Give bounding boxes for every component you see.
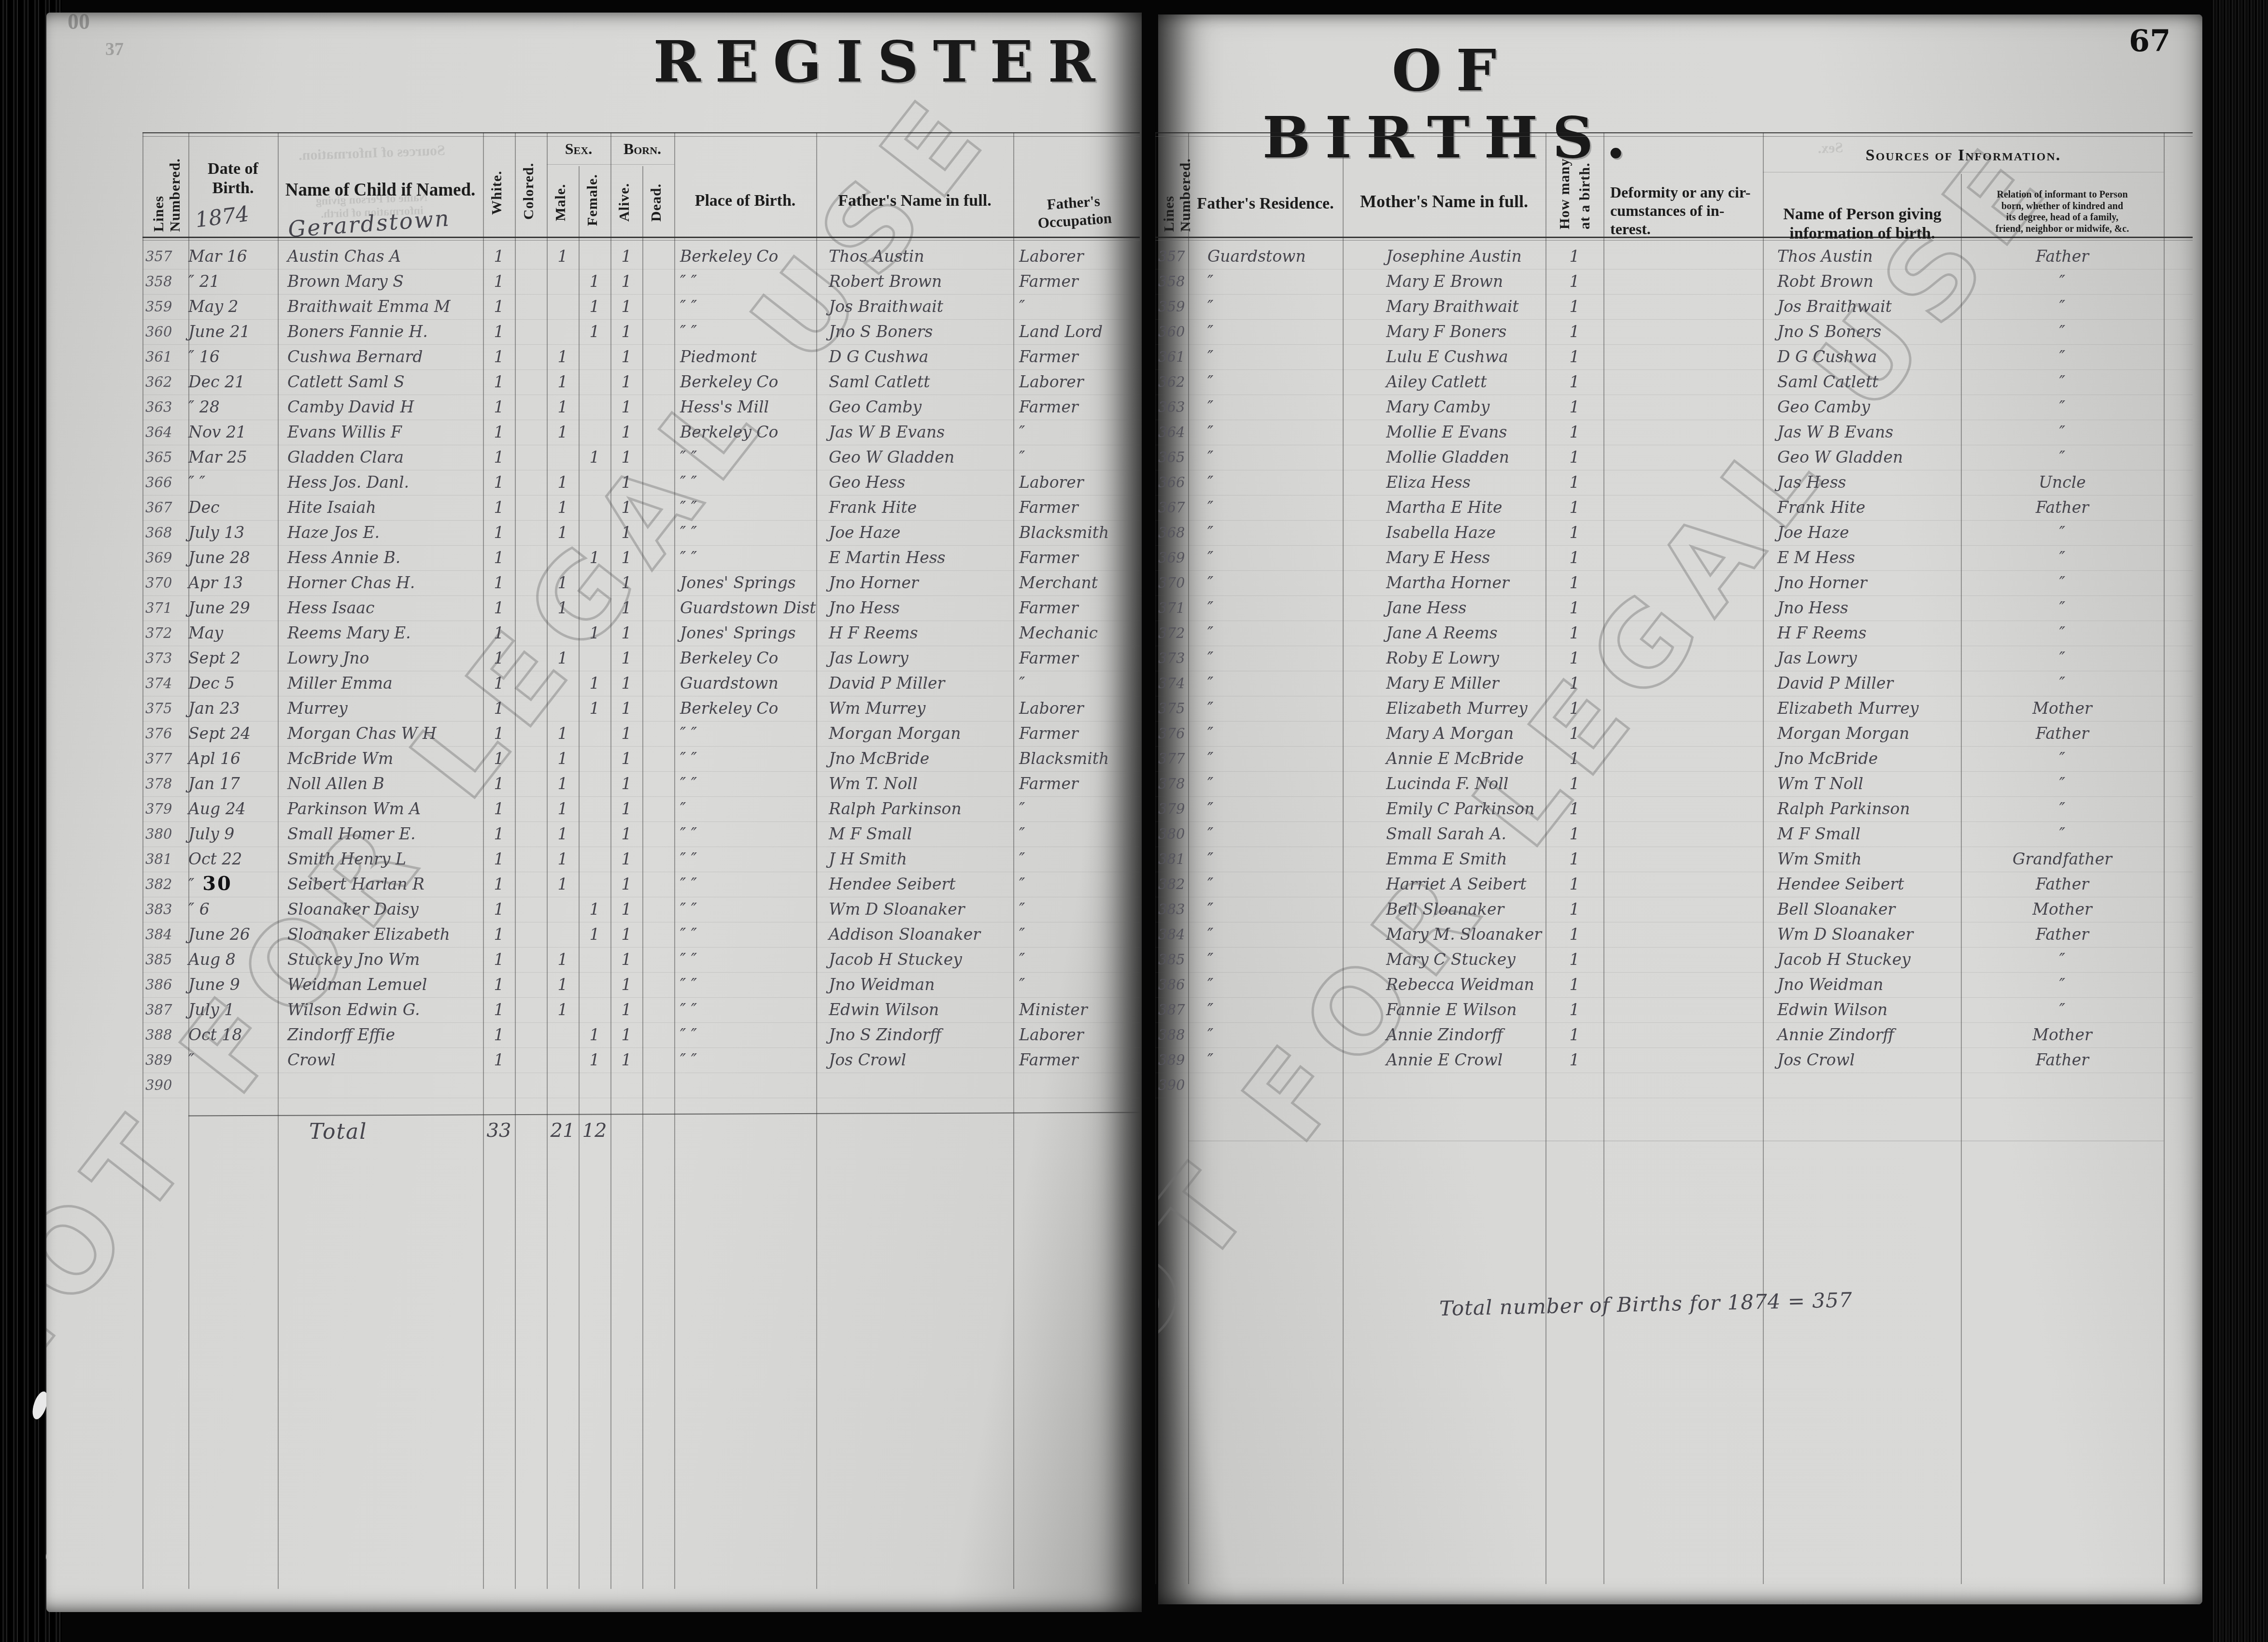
child-name: Catlett Saml S — [278, 370, 483, 394]
male-tally: 1 — [547, 998, 579, 1022]
female-tally: 1 — [579, 696, 610, 721]
informant-name: Geo Camby — [1763, 395, 1961, 419]
birth-row-right: 357GuardstownJosephine Austin1Thos Austi… — [1155, 244, 2193, 269]
place-of-birth: ″ ″ — [674, 445, 816, 469]
father-name: Jno S Boners — [816, 320, 1013, 344]
child-name: Sloanaker Elizabeth — [278, 922, 483, 947]
place-of-birth: ″ ″ — [674, 847, 816, 871]
father-name: D G Cushwa — [816, 345, 1013, 369]
birth-row-right: 385″Mary C Stuckey1Jacob H Stuckey″ — [1155, 947, 2193, 973]
white-tally: 1 — [483, 747, 515, 771]
father-occupation: Merchant — [1013, 571, 1140, 595]
child-name: Smith Henry L — [278, 847, 483, 871]
line-number: 367 — [142, 495, 188, 520]
birth-row-left: 372MayReems Mary E.111Jones' SpringsH F … — [142, 621, 1140, 646]
father-name: Thos Austin — [816, 244, 1013, 269]
father-residence: ″ — [1188, 897, 1343, 921]
line-number: 359 — [1155, 295, 1188, 319]
father-occupation: ″ — [1013, 445, 1140, 469]
birth-row-right: 377″Annie E McBride1Jno McBride″ — [1155, 746, 2193, 772]
line-number: 362 — [1155, 370, 1188, 394]
alive-tally: 1 — [610, 320, 642, 344]
alive-tally: 1 — [610, 571, 642, 595]
white-tally: 1 — [483, 596, 515, 620]
line-number: 374 — [142, 671, 188, 695]
father-name: H F Reems — [816, 621, 1013, 645]
line-number: 375 — [1155, 696, 1188, 721]
father-name: M F Small — [816, 822, 1013, 846]
informant-relation: ″ — [1961, 546, 2164, 570]
informant-name: Annie Zindorff — [1763, 1023, 1961, 1047]
line-number: 377 — [142, 747, 188, 771]
place-of-birth: ″ ″ — [674, 897, 816, 921]
birth-row-right: 358″Mary E Brown1Robt Brown″ — [1155, 269, 2193, 295]
father-residence: ″ — [1188, 295, 1343, 319]
line-number: 380 — [142, 822, 188, 846]
how-many-at-birth: 1 — [1545, 772, 1603, 796]
child-name: Parkinson Wm A — [278, 797, 483, 821]
informant-name: M F Small — [1763, 822, 1961, 846]
informant-name: Robt Brown — [1763, 269, 1961, 294]
father-name: Wm D Sloanaker — [816, 897, 1013, 921]
father-residence: ″ — [1188, 345, 1343, 369]
line-number: 372 — [1155, 621, 1188, 645]
how-many-at-birth: 1 — [1545, 822, 1603, 846]
line-number: 389 — [1155, 1048, 1188, 1072]
father-residence: ″ — [1188, 420, 1343, 444]
father-residence: ″ — [1188, 998, 1343, 1022]
col-header-dead: Dead. — [648, 172, 665, 233]
line-number: 387 — [1155, 998, 1188, 1022]
male-tally: 1 — [547, 420, 579, 444]
female-tally: 1 — [579, 922, 610, 947]
white-tally: 1 — [483, 922, 515, 947]
father-occupation: Farmer — [1013, 646, 1140, 670]
informant-relation: ″ — [1961, 295, 2164, 319]
father-name: E Martin Hess — [816, 546, 1013, 570]
place-of-birth: ″ — [674, 797, 816, 821]
how-many-at-birth: 1 — [1545, 571, 1603, 595]
line-number: 371 — [142, 596, 188, 620]
father-occupation: ″ — [1013, 897, 1140, 921]
informant-relation: ″ — [1961, 571, 2164, 595]
child-name: Austin Chas A — [278, 244, 483, 269]
white-tally: 1 — [483, 1023, 515, 1047]
birth-row-right: 367″Martha E Hite1Frank HiteFather — [1155, 495, 2193, 521]
alive-tally: 1 — [610, 872, 642, 896]
male-tally: 1 — [547, 244, 579, 269]
female-tally: 1 — [579, 295, 610, 319]
birth-row-right: 368″Isabella Haze1Joe Haze″ — [1155, 520, 2193, 546]
mother-name: Mollie Gladden — [1343, 445, 1545, 469]
alive-tally: 1 — [610, 345, 642, 369]
place-of-birth: ″ ″ — [674, 521, 816, 545]
child-name: Horner Chas H. — [278, 571, 483, 595]
father-residence: ″ — [1188, 596, 1343, 620]
mother-name: Small Sarah A. — [1343, 822, 1545, 846]
line-number: 371 — [1155, 596, 1188, 620]
child-name: Camby David H — [278, 395, 483, 419]
date-of-birth: Mar 25 — [188, 445, 278, 469]
birth-row-left: 388Oct 18Zindorff Effie111″ ″Jno S Zindo… — [142, 1022, 1140, 1048]
informant-relation: ″ — [1961, 822, 2164, 846]
birth-row-left: 361″ 16Cushwa Bernard111PiedmontD G Cush… — [142, 344, 1140, 370]
how-many-at-birth: 1 — [1545, 797, 1603, 821]
father-residence: ″ — [1188, 521, 1343, 545]
father-residence: ″ — [1188, 395, 1343, 419]
father-residence: ″ — [1188, 948, 1343, 972]
alive-tally: 1 — [610, 646, 642, 670]
line-number: 361 — [1155, 345, 1188, 369]
ghost-mark: 00 — [68, 9, 90, 34]
informant-name: Ralph Parkinson — [1763, 797, 1961, 821]
alive-tally: 1 — [610, 470, 642, 495]
col-header-fathers-name: Father's Name in full. — [816, 191, 1013, 211]
father-occupation: ″ — [1013, 948, 1140, 972]
father-occupation: Minister — [1013, 998, 1140, 1022]
col-header-deformity: Deformity or any cir- cumstances of in- … — [1608, 184, 1761, 238]
line-number: 370 — [1155, 571, 1188, 595]
mother-name: Mary Braithwait — [1343, 295, 1545, 319]
child-name: Morgan Chas W H — [278, 722, 483, 746]
place-of-birth: ″ ″ — [674, 470, 816, 495]
father-occupation: Farmer — [1013, 772, 1140, 796]
white-tally: 1 — [483, 646, 515, 670]
father-residence: ″ — [1188, 445, 1343, 469]
child-name: Hess Jos. Danl. — [278, 470, 483, 495]
line-number: 380 — [1155, 822, 1188, 846]
col-header-place-of-birth: Place of Birth. — [674, 191, 816, 211]
father-occupation: Farmer — [1013, 546, 1140, 570]
informant-name: Hendee Seibert — [1763, 872, 1961, 896]
mother-name: Lucinda F. Noll — [1343, 772, 1545, 796]
father-residence: ″ — [1188, 1048, 1343, 1072]
line-number: 365 — [1155, 445, 1188, 469]
how-many-at-birth: 1 — [1545, 546, 1603, 570]
place-of-birth: Guardstown Dist — [674, 596, 816, 620]
how-many-at-birth: 1 — [1545, 646, 1603, 670]
col-header-informant-name: Name of Person giving information of bir… — [1768, 205, 1957, 243]
father-name: Wm Murrey — [816, 696, 1013, 721]
father-occupation: ″ — [1013, 671, 1140, 695]
white-tally: 1 — [483, 1048, 515, 1072]
white-tally: 1 — [483, 295, 515, 319]
informant-name: Jas Lowry — [1763, 646, 1961, 670]
date-of-birth: July 9 — [188, 822, 278, 846]
mother-name: Mary F Boners — [1343, 320, 1545, 344]
birth-row-left: 385Aug 8Stuckey Jno Wm111″ ″Jacob H Stuc… — [142, 947, 1140, 973]
father-name: Robert Brown — [816, 269, 1013, 294]
line-number: 381 — [142, 847, 188, 871]
line-number: 384 — [142, 922, 188, 947]
line-number: 376 — [1155, 722, 1188, 746]
line-number: 375 — [142, 696, 188, 721]
alive-tally: 1 — [610, 621, 642, 645]
place-of-birth: Berkeley Co — [674, 244, 816, 269]
how-many-at-birth: 1 — [1545, 897, 1603, 921]
date-of-birth: July 13 — [188, 521, 278, 545]
father-occupation: Farmer — [1013, 345, 1140, 369]
date-of-birth: Jan 17 — [188, 772, 278, 796]
place-of-birth: ″ ″ — [674, 295, 816, 319]
informant-relation: Mother — [1961, 1023, 2164, 1047]
mother-name: Mary C Stuckey — [1343, 948, 1545, 972]
place-of-birth: Jones' Springs — [674, 621, 816, 645]
male-tally: 1 — [547, 571, 579, 595]
white-tally: 1 — [483, 470, 515, 495]
mother-name: Emily C Parkinson — [1343, 797, 1545, 821]
how-many-at-birth: 1 — [1545, 495, 1603, 520]
father-occupation: Farmer — [1013, 1048, 1140, 1072]
col-header-fathers-residence: Father's Residence. — [1188, 194, 1343, 213]
line-number: 373 — [142, 646, 188, 670]
place-of-birth: ″ ″ — [674, 269, 816, 294]
col-header-date-of-birth: Date of Birth. — [188, 159, 278, 198]
mother-name: Bell Sloanaker — [1343, 897, 1545, 921]
white-tally: 1 — [483, 269, 515, 294]
line-number: 387 — [142, 998, 188, 1022]
informant-relation: Father — [1961, 872, 2164, 896]
date-of-birth: Dec 21 — [188, 370, 278, 394]
date-of-birth: ″ ″ — [188, 470, 278, 495]
informant-relation: ″ — [1961, 345, 2164, 369]
mother-name: Josephine Austin — [1343, 244, 1545, 269]
father-name: Ralph Parkinson — [816, 797, 1013, 821]
line-number: 385 — [1155, 948, 1188, 972]
date-of-birth: Oct 22 — [188, 847, 278, 871]
father-occupation: Farmer — [1013, 395, 1140, 419]
male-tally: 1 — [547, 797, 579, 821]
white-tally: 1 — [483, 571, 515, 595]
line-number: 389 — [142, 1048, 188, 1072]
father-name: Jas Lowry — [816, 646, 1013, 670]
female-tally: 1 — [579, 621, 610, 645]
date-of-birth: Nov 21 — [188, 420, 278, 444]
informant-name: Saml Catlett — [1763, 370, 1961, 394]
white-tally: 1 — [483, 847, 515, 871]
alive-tally: 1 — [610, 596, 642, 620]
place-of-birth: Hess's Mill — [674, 395, 816, 419]
father-occupation: Farmer — [1013, 269, 1140, 294]
col-header-born: Born. — [610, 140, 674, 158]
father-name: David P Miller — [816, 671, 1013, 695]
how-many-at-birth: 1 — [1545, 847, 1603, 871]
alive-tally: 1 — [610, 696, 642, 721]
father-occupation: Laborer — [1013, 696, 1140, 721]
informant-name: Jno S Boners — [1763, 320, 1961, 344]
place-of-birth: ″ ″ — [674, 495, 816, 520]
mother-name: Eliza Hess — [1343, 470, 1545, 495]
informant-name: Jas W B Evans — [1763, 420, 1961, 444]
informant-name: Jos Crowl — [1763, 1048, 1961, 1072]
father-residence: ″ — [1188, 922, 1343, 947]
col-header-sources-of-information: Sources of Information. — [1763, 146, 2164, 165]
female-tally: 1 — [579, 897, 610, 921]
line-number: 388 — [142, 1023, 188, 1047]
male-tally: 1 — [547, 521, 579, 545]
birth-row-right: 384″Mary M. Sloanaker1Wm D SloanakerFath… — [1155, 922, 2193, 948]
male-tally: 1 — [547, 822, 579, 846]
line-number: 366 — [1155, 470, 1188, 495]
how-many-at-birth: 1 — [1545, 872, 1603, 896]
female-tally: 1 — [579, 320, 610, 344]
birth-row-left: 376Sept 24Morgan Chas W H111″ ″Morgan Mo… — [142, 721, 1140, 747]
total-male: 21 — [547, 1119, 579, 1142]
father-name: Jos Crowl — [816, 1048, 1013, 1072]
child-name: Cushwa Bernard — [278, 345, 483, 369]
mother-name: Rebecca Weidman — [1343, 973, 1545, 997]
birth-row-right: 373″Roby E Lowry1Jas Lowry″ — [1155, 646, 2193, 671]
father-occupation: Blacksmith — [1013, 747, 1140, 771]
father-occupation: Farmer — [1013, 596, 1140, 620]
birth-row-left: 366″ ″Hess Jos. Danl.111″ ″Geo HessLabor… — [142, 470, 1140, 495]
birth-row-right: 359″Mary Braithwait1Jos Braithwait″ — [1155, 294, 2193, 320]
birth-row-left: 373Sept 2Lowry Jno111Berkeley CoJas Lowr… — [142, 646, 1140, 671]
date-of-birth: ″ 16 — [188, 345, 278, 369]
alive-tally: 1 — [610, 546, 642, 570]
line-number: 369 — [142, 546, 188, 570]
birth-row-right: 376″Mary A Morgan1Morgan MorganFather — [1155, 721, 2193, 747]
white-tally: 1 — [483, 420, 515, 444]
informant-name: Morgan Morgan — [1763, 722, 1961, 746]
white-tally: 1 — [483, 320, 515, 344]
line-number: 383 — [142, 897, 188, 921]
father-residence: ″ — [1188, 370, 1343, 394]
birth-row-left: 389″Crowl111″ ″Jos CrowlFarmer — [142, 1047, 1140, 1073]
birth-row-right: 364″Mollie E Evans1Jas W B Evans″ — [1155, 420, 2193, 445]
father-occupation: ″ — [1013, 847, 1140, 871]
father-occupation: ″ — [1013, 797, 1140, 821]
informant-relation: ″ — [1961, 797, 2164, 821]
how-many-at-birth: 1 — [1545, 295, 1603, 319]
col-header-alive: Alive. — [616, 172, 633, 233]
birth-row-right: 369″Mary E Hess1E M Hess″ — [1155, 545, 2193, 571]
father-occupation: ″ — [1013, 872, 1140, 896]
line-number: 377 — [1155, 747, 1188, 771]
male-tally: 1 — [547, 470, 579, 495]
date-of-birth: ″ 28 — [188, 395, 278, 419]
father-occupation: ″ — [1013, 822, 1140, 846]
how-many-at-birth: 1 — [1545, 998, 1603, 1022]
birth-row-right: 375″Elizabeth Murrey1Elizabeth MurreyMot… — [1155, 696, 2193, 722]
place-of-birth: ″ ″ — [674, 1048, 816, 1072]
birth-row-left: 383″ 6Sloanaker Daisy111″ ″Wm D Sloanake… — [142, 897, 1140, 922]
birth-row-left: 379Aug 24Parkinson Wm A111″Ralph Parkins… — [142, 796, 1140, 822]
white-tally: 1 — [483, 897, 515, 921]
informant-name: Wm Smith — [1763, 847, 1961, 871]
father-occupation: ″ — [1013, 922, 1140, 947]
birth-row-right: 366″Eliza Hess1Jas HessUncle — [1155, 470, 2193, 495]
white-tally: 1 — [483, 696, 515, 721]
father-name: Jas W B Evans — [816, 420, 1013, 444]
alive-tally: 1 — [610, 370, 642, 394]
date-of-birth: June 21 — [188, 320, 278, 344]
male-tally: 1 — [547, 596, 579, 620]
father-occupation: ″ — [1013, 420, 1140, 444]
father-name: Geo Hess — [816, 470, 1013, 495]
birth-row-right: 390 — [1155, 1073, 2193, 1098]
father-residence: ″ — [1188, 646, 1343, 670]
female-tally: 1 — [579, 1048, 610, 1072]
father-occupation: Mechanic — [1013, 621, 1140, 645]
father-name: Joe Haze — [816, 521, 1013, 545]
place-of-birth: ″ ″ — [674, 722, 816, 746]
mother-name: Isabella Haze — [1343, 521, 1545, 545]
line-number: 363 — [1155, 395, 1188, 419]
birth-row-left: 363″ 28Camby David H111Hess's MillGeo Ca… — [142, 395, 1140, 420]
birth-row-right: 370″Martha Horner1Jno Horner″ — [1155, 570, 2193, 596]
col-header-sex: Sex. — [547, 140, 610, 158]
birth-row-right: 380″Small Sarah A.1M F Small″ — [1155, 821, 2193, 847]
birth-row-right: 374″Mary E Miller1David P Miller″ — [1155, 671, 2193, 696]
line-number: 379 — [142, 797, 188, 821]
line-number: 390 — [142, 1073, 188, 1097]
place-of-birth: Piedmont — [674, 345, 816, 369]
col-header-male: Male. — [553, 172, 569, 233]
alive-tally: 1 — [610, 1048, 642, 1072]
mother-name: Annie E McBride — [1343, 747, 1545, 771]
father-name: Wm T. Noll — [816, 772, 1013, 796]
white-tally: 1 — [483, 671, 515, 695]
informant-relation: ″ — [1961, 445, 2164, 469]
white-tally: 1 — [483, 370, 515, 394]
male-tally: 1 — [547, 847, 579, 871]
informant-relation: ″ — [1961, 646, 2164, 670]
female-tally: 1 — [579, 671, 610, 695]
father-residence: Guardstown — [1188, 244, 1343, 269]
father-name: Jno McBride — [816, 747, 1013, 771]
date-of-birth: June 28 — [188, 546, 278, 570]
male-tally: 1 — [547, 495, 579, 520]
alive-tally: 1 — [610, 244, 642, 269]
father-residence: ″ — [1188, 671, 1343, 695]
alive-tally: 1 — [610, 1023, 642, 1047]
child-name: Boners Fannie H. — [278, 320, 483, 344]
line-number: 361 — [142, 345, 188, 369]
birth-row-right: 381″Emma E Smith1Wm SmithGrandfather — [1155, 847, 2193, 872]
alive-tally: 1 — [610, 445, 642, 469]
father-residence: ″ — [1188, 822, 1343, 846]
informant-name: Jos Braithwait — [1763, 295, 1961, 319]
birth-row-left: 360June 21Boners Fannie H.111″ ″Jno S Bo… — [142, 319, 1140, 345]
father-name: Hendee Seibert — [816, 872, 1013, 896]
stamped-day: 30 — [194, 872, 232, 895]
birth-row-left: 357Mar 16Austin Chas A111Berkeley CoThos… — [142, 244, 1140, 269]
place-of-birth: ″ ″ — [674, 1023, 816, 1047]
line-number: 362 — [142, 370, 188, 394]
white-tally: 1 — [483, 546, 515, 570]
mother-name: Ailey Catlett — [1343, 370, 1545, 394]
birth-row-right: 363″Mary Camby1Geo Camby″ — [1155, 395, 2193, 420]
father-occupation: ″ — [1013, 973, 1140, 997]
father-residence: ″ — [1188, 722, 1343, 746]
father-occupation: Farmer — [1013, 722, 1140, 746]
child-name: Sloanaker Daisy — [278, 897, 483, 921]
father-residence: ″ — [1188, 621, 1343, 645]
title-of-births: OF BIRTHS. — [1212, 37, 1690, 171]
place-of-birth: ″ ″ — [674, 546, 816, 570]
date-of-birth: Jan 23 — [188, 696, 278, 721]
birth-row-right: 362″Ailey Catlett1Saml Catlett″ — [1155, 369, 2193, 395]
line-number: 363 — [142, 395, 188, 419]
white-tally: 1 — [483, 973, 515, 997]
father-name: Frank Hite — [816, 495, 1013, 520]
white-tally: 1 — [483, 244, 515, 269]
white-tally: 1 — [483, 621, 515, 645]
line-number: 373 — [1155, 646, 1188, 670]
how-many-at-birth: 1 — [1545, 470, 1603, 495]
informant-relation: ″ — [1961, 747, 2164, 771]
